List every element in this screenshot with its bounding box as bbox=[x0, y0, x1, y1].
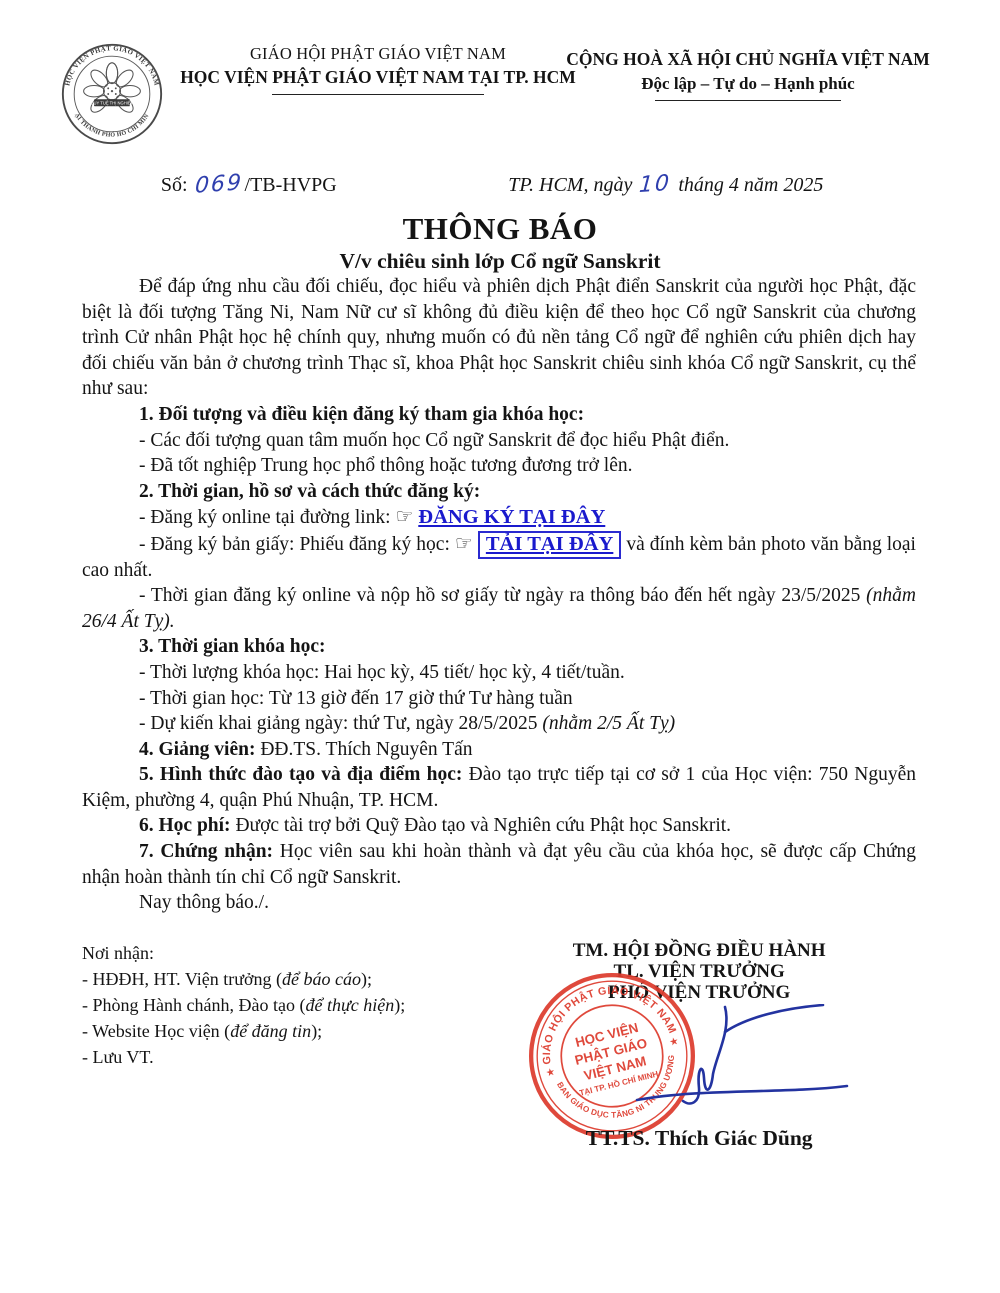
signoff-authority: TM. HỘI ĐỒNG ĐIỀU HÀNH bbox=[482, 940, 916, 961]
document-number: Số: 069/TB-HVPG bbox=[82, 172, 416, 197]
national-title: CỘNG HOÀ XÃ HỘI CHỦ NGHĨA VIỆT NAM bbox=[558, 48, 938, 71]
section-7-certificate: 7. Chứng nhận: Học viên sau khi hoàn thà… bbox=[82, 839, 916, 890]
reference-row: Số: 069/TB-HVPG TP. HCM, ngày 10 tháng 4… bbox=[0, 172, 1000, 197]
section-3-heading: 3. Thời gian khóa học: bbox=[82, 634, 916, 660]
section-5-location: 5. Hình thức đào tạo và địa điểm học: Đà… bbox=[82, 762, 916, 813]
section-4-lecturer: 4. Giảng viên: ĐĐ.TS. Thích Nguyên Tấn bbox=[82, 737, 916, 763]
announcement-document: HỌC VIỆN PHẬT GIÁO VIỆT NAM TẠI THÀNH PH… bbox=[0, 0, 1000, 1293]
section-2-item-paper: - Đăng ký bản giấy: Phiếu đăng ký học: ☞… bbox=[82, 531, 916, 583]
document-header: HỌC VIỆN PHẬT GIÁO VIỆT NAM TẠI THÀNH PH… bbox=[0, 0, 1000, 148]
national-motto: Độc lập – Tự do – Hạnh phúc bbox=[558, 73, 938, 95]
signature-block: TM. HỘI ĐỒNG ĐIỀU HÀNH TL. VIỆN TRƯỞNG P… bbox=[482, 940, 916, 1170]
org-parent-name: GIÁO HỘI PHẬT GIÁO VIỆT NAM bbox=[168, 44, 588, 65]
org-underline bbox=[272, 94, 484, 95]
issuing-organization: GIÁO HỘI PHẬT GIÁO VIỆT NAM HỌC VIỆN PHẬ… bbox=[168, 44, 588, 95]
section-1-item-1: - Các đối tượng quan tâm muốn học Cổ ngữ… bbox=[82, 428, 916, 454]
recipient-line: - Website Học viện (để đăng tin); bbox=[82, 1018, 482, 1044]
date-suffix: tháng 4 năm 2025 bbox=[678, 174, 823, 196]
section-1-item-2: - Đã tốt nghiệp Trung học phổ thông hoặc… bbox=[82, 453, 916, 479]
section-3-item-schedule: - Thời gian học: Từ 13 giờ đến 17 giờ th… bbox=[82, 686, 916, 712]
handwritten-day: 10 bbox=[636, 171, 674, 199]
recipients-block: Nơi nhận: - HĐĐH, HT. Viện trưởng (để bá… bbox=[82, 940, 482, 1170]
pointing-hand-icon: ☞ bbox=[455, 531, 473, 555]
number-suffix: /TB-HVPG bbox=[245, 174, 337, 196]
recipient-line: - Lưu VT. bbox=[82, 1044, 482, 1070]
document-subject: V/v chiêu sinh lớp Cổ ngữ Sanskrit bbox=[0, 249, 1000, 274]
handwritten-signature bbox=[633, 1004, 853, 1116]
document-footer: Nơi nhận: - HĐĐH, HT. Viện trưởng (để bá… bbox=[82, 940, 916, 1170]
section-3-item-duration: - Thời lượng khóa học: Hai học kỳ, 45 ti… bbox=[82, 660, 916, 686]
date-prefix: TP. HCM, ngày bbox=[508, 174, 632, 196]
handwritten-number: 069 bbox=[192, 170, 246, 199]
recipients-title: Nơi nhận: bbox=[82, 940, 482, 966]
section-6-tuition: 6. Học phí: Được tài trợ bởi Quỹ Đào tạo… bbox=[82, 813, 916, 839]
org-institute-name: HỌC VIỆN PHẬT GIÁO VIỆT NAM TẠI TP. HCM bbox=[168, 67, 588, 89]
place-date-line: TP. HCM, ngày 10 tháng 4 năm 2025 bbox=[416, 172, 916, 197]
national-motto-block: CỘNG HOÀ XÃ HỘI CHỦ NGHĨA VIỆT NAM Độc l… bbox=[558, 48, 938, 101]
section-2-item-deadline: - Thời gian đăng ký online và nộp hồ sơ … bbox=[82, 583, 916, 634]
section-2-item-online: - Đăng ký online tại đường link: ☞ ĐĂNG … bbox=[82, 504, 916, 531]
section-1-heading: 1. Đối tượng và điều kiện đăng ký tham g… bbox=[82, 402, 916, 428]
pointing-hand-icon: ☞ bbox=[395, 504, 413, 528]
section-2-heading: 2. Thời gian, hồ sơ và cách thức đăng ký… bbox=[82, 479, 916, 505]
section-3-item-opening: - Dự kiến khai giảng ngày: thứ Tư, ngày … bbox=[82, 711, 916, 737]
intro-paragraph: Để đáp ứng nhu cầu đối chiếu, đọc hiểu v… bbox=[82, 274, 916, 402]
stamp-star-left: ★ bbox=[545, 1067, 557, 1080]
recipient-line: - Phòng Hành chánh, Đào tạo (để thực hiệ… bbox=[82, 992, 482, 1018]
document-title: THÔNG BÁO bbox=[0, 211, 1000, 247]
register-here-link[interactable]: ĐĂNG KÝ TẠI ĐÂY bbox=[418, 506, 605, 528]
download-here-link[interactable]: TẢI TẠI ĐÂY bbox=[478, 531, 621, 559]
institute-seal-logo: HỌC VIỆN PHẬT GIÁO VIỆT NAM TẠI THÀNH PH… bbox=[60, 42, 164, 146]
closing-line: Nay thông báo./. bbox=[82, 890, 916, 916]
recipient-line: - HĐĐH, HT. Viện trưởng (để báo cáo); bbox=[82, 966, 482, 992]
svg-text:HỌC VIỆN PHẬT GIÁO VIỆT NAM: HỌC VIỆN PHẬT GIÁO VIỆT NAM bbox=[64, 45, 160, 87]
svg-text:DUY TUỆ THỊ NGHIỆP: DUY TUỆ THỊ NGHIỆP bbox=[91, 101, 134, 106]
lunar-date-note: (nhằm 2/5 Ất Tỵ) bbox=[542, 713, 675, 734]
number-label: Số: bbox=[161, 174, 188, 196]
lotus-seal-icon: HỌC VIỆN PHẬT GIÁO VIỆT NAM TẠI THÀNH PH… bbox=[60, 42, 164, 146]
motto-underline bbox=[655, 100, 841, 101]
signer-name: TT.TS. Thích Giác Dũng bbox=[482, 1126, 916, 1151]
